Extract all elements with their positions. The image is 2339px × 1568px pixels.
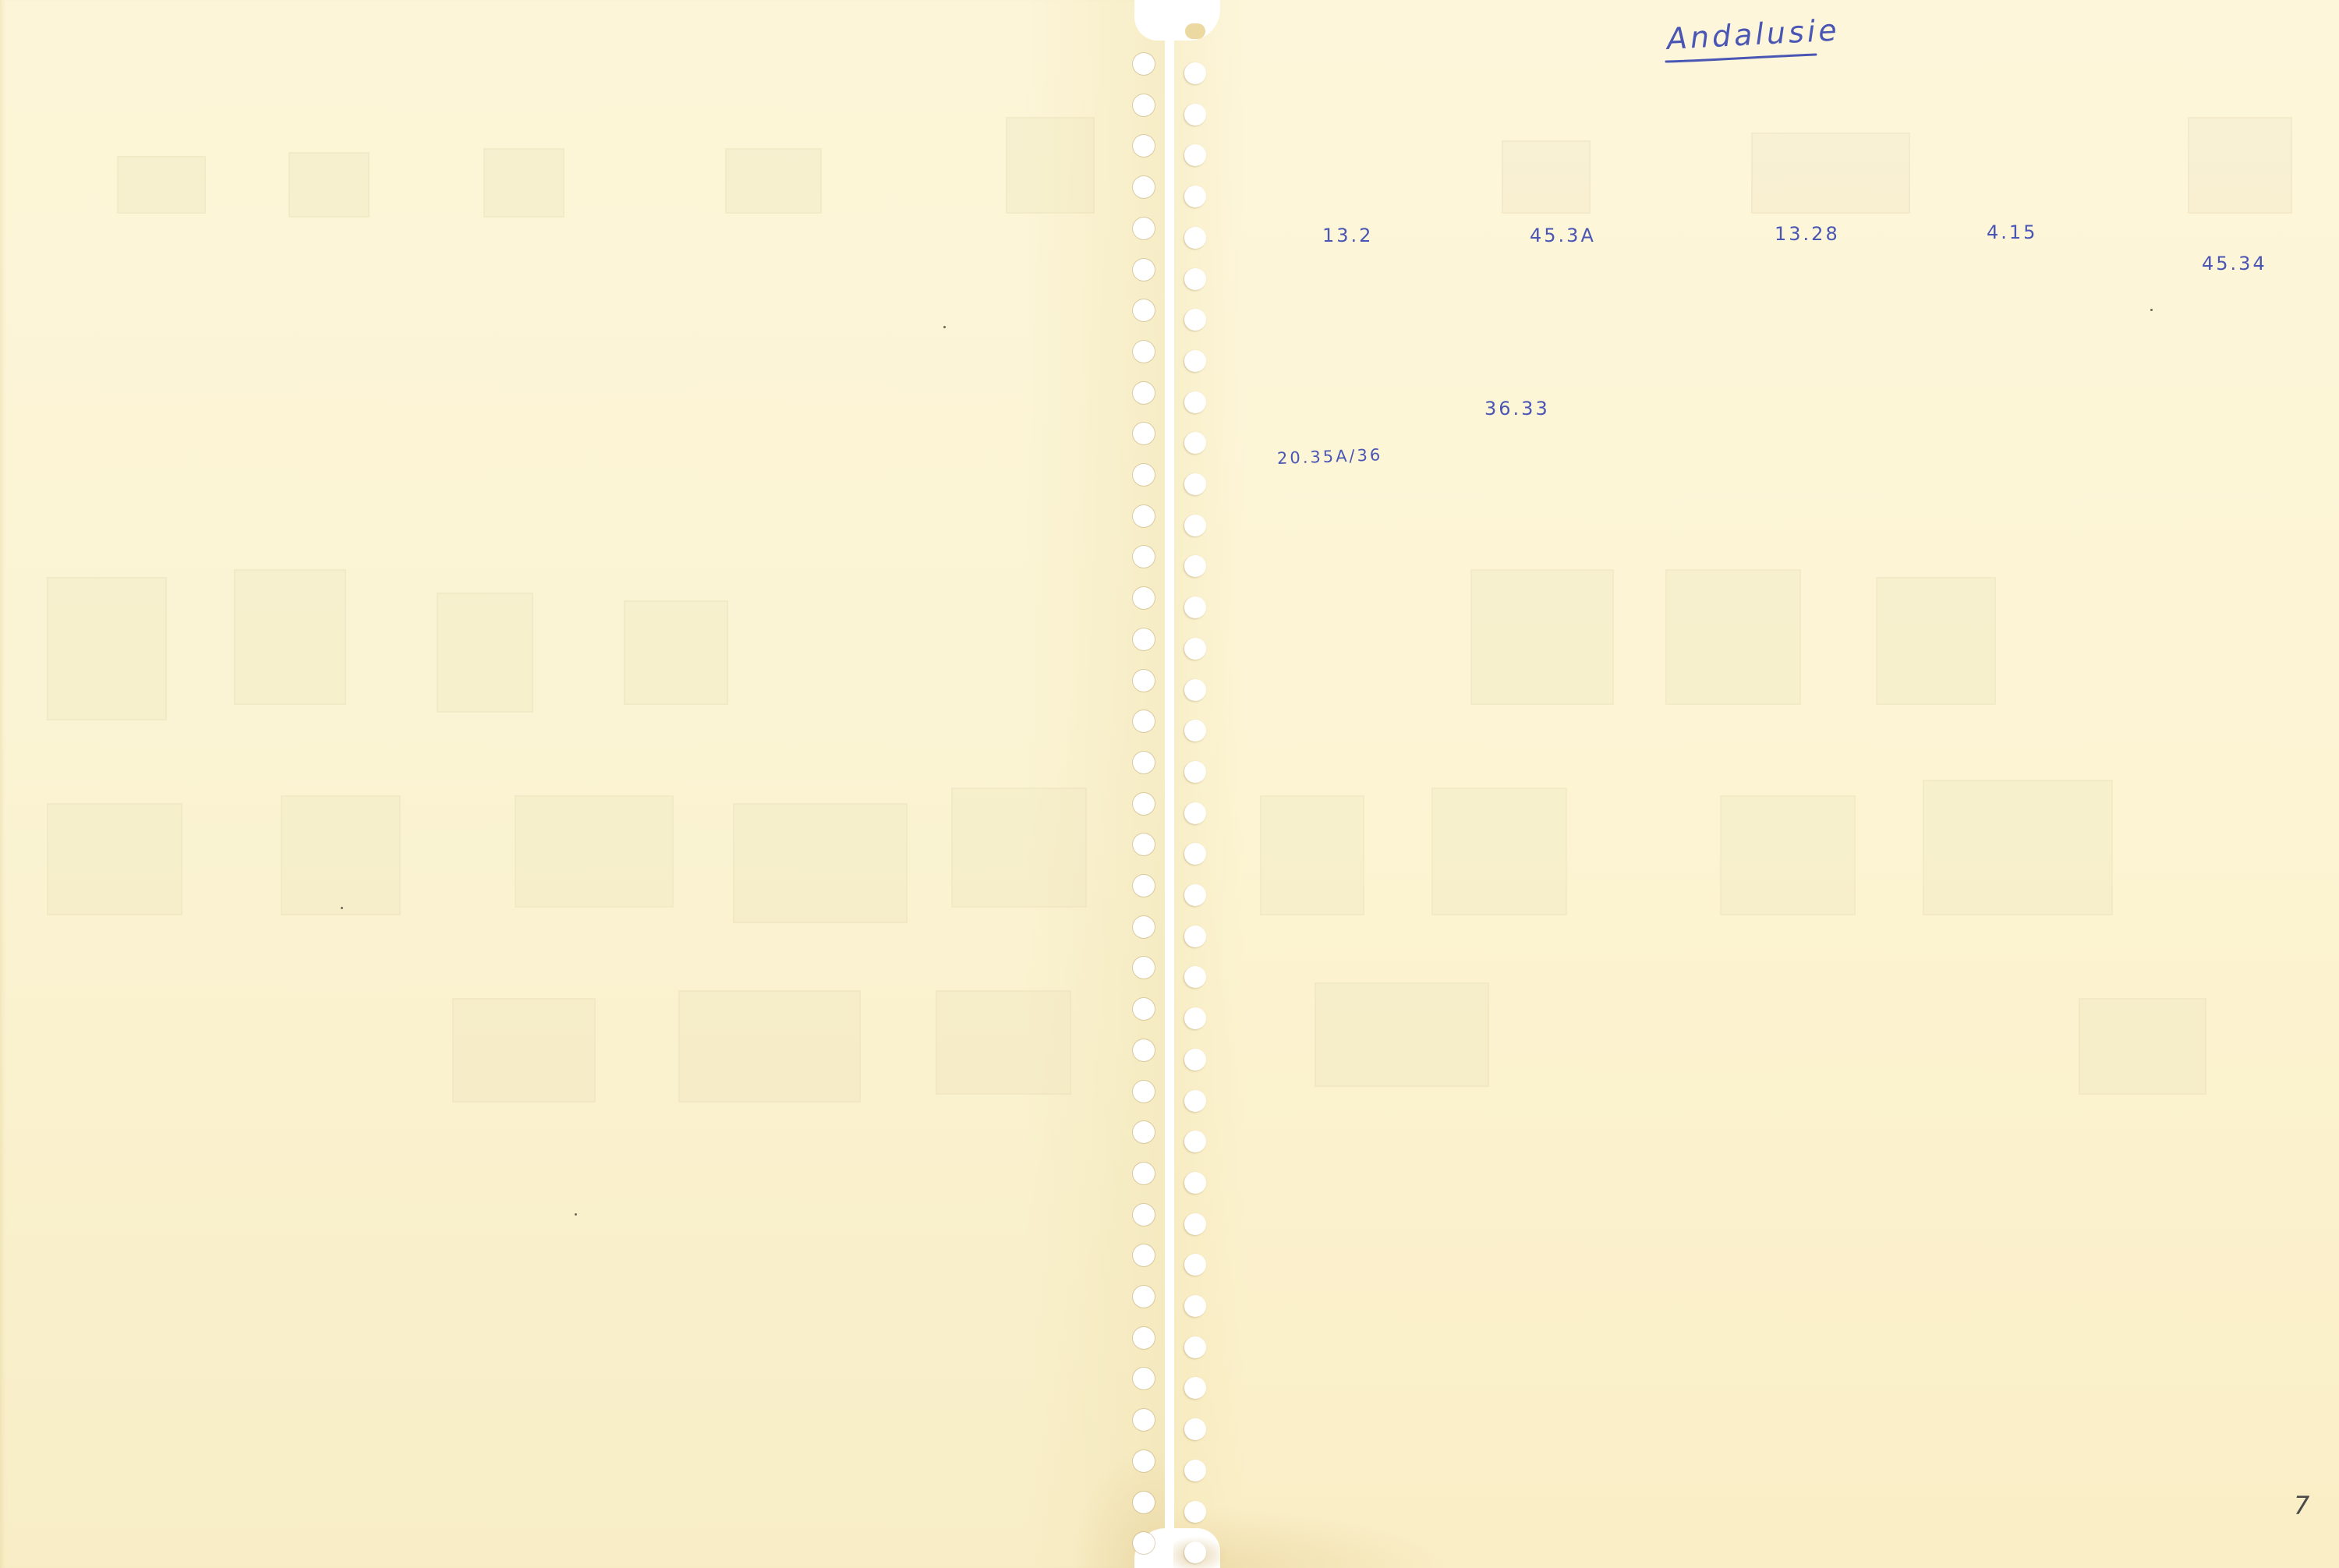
- speck: [341, 907, 343, 909]
- show-through-box: [515, 795, 674, 908]
- show-through-box: [725, 148, 822, 214]
- binding-hole: [1184, 1541, 1206, 1563]
- binding-hole: [1184, 926, 1206, 947]
- show-through-box: [1502, 140, 1591, 214]
- show-through-box: [2079, 998, 2206, 1095]
- show-through-box: [1751, 133, 1910, 214]
- binding-hole: [1184, 1213, 1206, 1235]
- binding-hole: [1133, 875, 1155, 897]
- show-through-box: [1431, 788, 1567, 915]
- binding-hole: [1133, 505, 1155, 527]
- binding-hole: [1133, 299, 1155, 321]
- binding-hole: [1184, 227, 1206, 249]
- label-13-2: 13.2: [1322, 225, 1373, 246]
- show-through-box: [47, 577, 167, 720]
- heading-underline: [1665, 53, 1817, 64]
- binding-hole: [1184, 638, 1206, 660]
- binding-hole: [1184, 62, 1206, 84]
- binding-hole: [1184, 268, 1206, 290]
- binding-hole: [1133, 998, 1155, 1020]
- show-through-box: [1260, 795, 1364, 915]
- binding-hole: [1133, 259, 1155, 281]
- show-through-box: [1315, 982, 1489, 1087]
- binding-hole: [1133, 1081, 1155, 1103]
- show-through-box: [281, 795, 401, 915]
- label-45-34: 45.34: [2202, 253, 2267, 274]
- show-through-box: [2188, 117, 2292, 214]
- show-through-box: [1006, 117, 1095, 214]
- binding-hole: [1133, 587, 1155, 609]
- speck: [575, 1213, 577, 1216]
- show-through-box: [1470, 569, 1614, 705]
- binding-hole: [1184, 1049, 1206, 1071]
- binding-hole: [1133, 53, 1155, 75]
- binding-hole: [1133, 710, 1155, 732]
- binding-hole: [1133, 218, 1155, 239]
- speck: [2150, 309, 2153, 311]
- binding-hole: [1184, 1172, 1206, 1194]
- binding-hole: [1184, 679, 1206, 701]
- torn-flap: [1185, 23, 1205, 39]
- binding-hole: [1133, 382, 1155, 404]
- show-through-box: [483, 148, 564, 218]
- binding-hole: [1184, 186, 1206, 207]
- label-13-28: 13.28: [1775, 223, 1840, 245]
- label-4-15: 4.15: [1987, 221, 2037, 243]
- left-page: [0, 0, 1165, 1568]
- show-through-box: [437, 593, 533, 713]
- show-through-box: [288, 152, 370, 218]
- show-through-box: [234, 569, 346, 705]
- binding-hole: [1133, 94, 1155, 116]
- binding-hole: [1184, 761, 1206, 783]
- show-through-box: [1665, 569, 1801, 705]
- page-number: 7: [2294, 1491, 2309, 1520]
- label-45-3a: 45.3A: [1530, 225, 1596, 246]
- show-through-box: [1923, 780, 2113, 915]
- label-20-35a-36: 20.35A/36: [1277, 445, 1383, 468]
- binding-hole: [1184, 1460, 1206, 1481]
- binding-hole: [1184, 596, 1206, 618]
- binding-hole: [1184, 104, 1206, 126]
- binding-hole: [1133, 464, 1155, 486]
- label-36-33: 36.33: [1484, 398, 1550, 419]
- binding-hole: [1184, 391, 1206, 413]
- binding-hole: [1133, 1327, 1155, 1349]
- show-through-box: [733, 803, 908, 923]
- show-through-box: [1720, 795, 1856, 915]
- binding-hole: [1133, 628, 1155, 650]
- binding-hole: [1184, 515, 1206, 536]
- binding-hole: [1184, 1090, 1206, 1112]
- binding-hole: [1133, 793, 1155, 815]
- show-through-box: [452, 998, 596, 1103]
- binding-hole: [1133, 1039, 1155, 1061]
- torn-edge-top: [1134, 0, 1220, 41]
- notebook-spread: Andalusie 13.2 45.3A 13.28 4.15 45.34 36…: [0, 0, 2339, 1568]
- show-through-box: [951, 788, 1087, 908]
- binding-hole: [1133, 670, 1155, 692]
- binding-hole: [1133, 176, 1155, 198]
- binding-hole: [1184, 1295, 1206, 1317]
- binding-hole: [1133, 1409, 1155, 1431]
- binding-hole: [1133, 341, 1155, 363]
- binding-hole: [1184, 720, 1206, 742]
- binding-hole: [1133, 916, 1155, 938]
- show-through-box: [1876, 577, 1996, 705]
- speck: [943, 326, 946, 328]
- binding-hole: [1184, 1007, 1206, 1029]
- binding-hole: [1133, 1492, 1155, 1513]
- show-through-box: [678, 990, 861, 1103]
- binding-hole: [1184, 309, 1206, 331]
- binding-hole: [1184, 1131, 1206, 1152]
- binding-hole: [1133, 1163, 1155, 1184]
- binding-hole: [1133, 1204, 1155, 1226]
- show-through-box: [936, 990, 1071, 1095]
- binding-hole: [1133, 752, 1155, 773]
- binding-hole: [1184, 1501, 1206, 1523]
- show-through-box: [47, 803, 182, 915]
- show-through-box: [624, 600, 728, 705]
- binding-hole: [1133, 1286, 1155, 1308]
- binding-hole: [1133, 1121, 1155, 1143]
- binding-hole: [1184, 350, 1206, 372]
- binding-hole: [1133, 1450, 1155, 1472]
- binding-hole: [1184, 802, 1206, 824]
- binding-hole: [1184, 1418, 1206, 1440]
- binding-hole: [1133, 1532, 1155, 1554]
- show-through-box: [117, 156, 206, 214]
- binding-hole: [1184, 473, 1206, 495]
- binding-hole: [1184, 1336, 1206, 1358]
- binding-hole: [1184, 884, 1206, 906]
